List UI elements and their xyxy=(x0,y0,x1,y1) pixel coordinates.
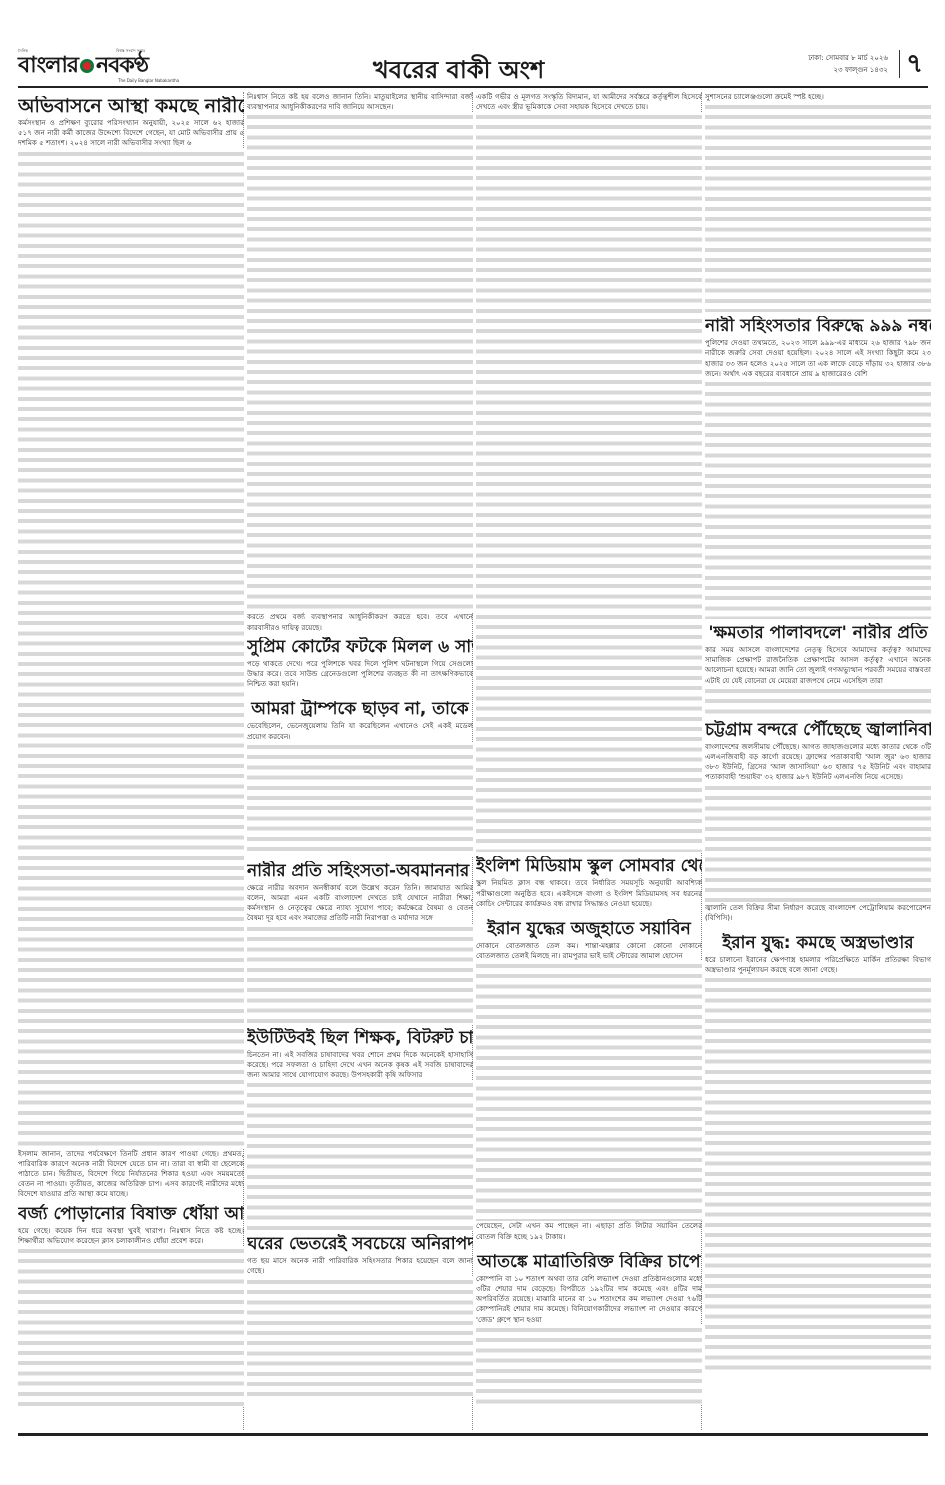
article-body: একটি গভীর ও মূলগত সংস্কৃতি বিদ্যমান, যা … xyxy=(476,92,702,112)
column-3: একটি গভীর ও মূলগত সংস্কৃতি বিদ্যমান, যা … xyxy=(476,92,702,1430)
page-number: ৭ xyxy=(899,50,923,78)
logo-word-2: নবকণ্ঠ xyxy=(96,53,148,78)
article-headline[interactable]: সুপ্রিম কোর্টের ফটকে মিলল ৬ সাউন্ড xyxy=(247,637,473,657)
newspaper-logo[interactable]: দৈনিক বিশ্বস্ত সংবাদ সবার বাংলারনবকণ্ঠ T… xyxy=(18,50,218,84)
article-text-block xyxy=(705,975,931,1375)
logo-word-1: বাংলার xyxy=(18,53,78,78)
article-headline[interactable]: 'ক্ষমতার পালাবদলে' নারীর প্রতি xyxy=(705,623,931,643)
article-body: ভেবেছিলেন, ভেনেজুয়েলায় তিনি যা করেছিলে… xyxy=(247,721,473,741)
article-text-block xyxy=(247,1080,473,1230)
article-headline[interactable]: আতঙ্কে মাত্রাতিরিক্ত বিক্রির চাপে xyxy=(476,1252,702,1272)
article-text-block xyxy=(476,961,702,1221)
column-4: সুশাসনের চ্যালেঞ্জগুলো ক্রমেই স্পষ্ট হচ্… xyxy=(705,92,931,1430)
footer-rule xyxy=(18,1433,928,1436)
article-body: নিঃশ্বাস নিতে কষ্ট হয় বলেও জানান তিনি। … xyxy=(247,92,473,112)
article-headline[interactable]: অভিবাসনে আস্থা কমছে নারীদের xyxy=(18,96,244,116)
article-body: ক্ষেত্রে নারীর অবদান অনস্বীকার্য বলে উল্… xyxy=(247,883,473,924)
article-text-block xyxy=(705,379,931,619)
article-text-block xyxy=(247,924,473,1024)
article-headline[interactable]: চট্টগ্রাম বন্দরে পৌঁছেছে জ্বালানিবাহী xyxy=(705,720,931,740)
article-body: দোকানে বোতলজাত তেল কম। শান্তা-মহল্লার কো… xyxy=(476,941,702,961)
article-body: ধরে চালানো ইরানের ক্ষেপণাস্ত্র হামলার পর… xyxy=(705,955,931,975)
article-text-block xyxy=(705,686,931,716)
article-text-block xyxy=(705,102,931,312)
logo-english-name: The Daily Banglar Nabakantha xyxy=(118,78,179,83)
article-headline[interactable]: ঘরের ভেতরেই সবচেয়ে অনিরাপদ xyxy=(247,1234,473,1254)
article-body-closing: ইসলাম জানান, তাদের পর্যবেক্ষণে তিনটি প্র… xyxy=(18,1149,244,1200)
article-headline[interactable]: ইংলিশ মিডিয়াম স্কুল সোমবার থেকে xyxy=(476,856,702,876)
dateline: ঢাকা: সোমবার ৮ মার্চ ২০২৬ ২৩ ফাল্গুন ১৪৩… xyxy=(808,52,888,76)
article-text-block xyxy=(247,112,473,612)
article-body-closing: পেয়েছেন, সেটা এখন কম পাচ্ছেন না। এছাড়া… xyxy=(476,1221,702,1241)
article-headline[interactable]: ইউটিউবই ছিল শিক্ষক, বিটরুট চাষে xyxy=(247,1028,473,1048)
date-bengali: ২৩ ফাল্গুন ১৪৩২ xyxy=(808,64,888,76)
flag-dot-icon xyxy=(80,59,94,73)
article-headline[interactable]: আমরা ট্রাম্পকে ছাড়ব না, তাকে xyxy=(247,699,473,719)
article-body: স্কুল নিয়মিত ক্লাস বন্ধ থাকবে। তবে নির্… xyxy=(476,878,702,909)
article-headline[interactable]: নারীর প্রতি সহিংসতা-অবমাননার বিরুদ্ধে xyxy=(247,861,473,881)
article-body: সুশাসনের চ্যালেঞ্জগুলো ক্রমেই স্পষ্ট হচ্… xyxy=(705,92,931,102)
article-body: কোম্পানি বা ১০ শতাংশ অথবা তার বেশি লভ্যা… xyxy=(476,1274,702,1325)
article-text-block xyxy=(476,1325,702,1405)
column-2: নিঃশ্বাস নিতে কষ্ট হয় বলেও জানান তিনি। … xyxy=(247,92,473,1430)
article-text-block xyxy=(18,1246,244,1406)
article-text-block xyxy=(247,1277,473,1397)
article-headline[interactable]: ইরান যুদ্ধ: কমছে অস্ত্রভাণ্ডার xyxy=(705,933,931,953)
column-1: অভিবাসনে আস্থা কমছে নারীদের কর্মসংস্থান … xyxy=(18,92,244,1430)
article-body: পুলিশের দেওয়া তথ্যমতে, ২০২৩ সালে ৯৯৯-এর… xyxy=(705,338,931,379)
article-text-block xyxy=(705,783,931,903)
article-body: বাংলাদেশের জলসীমায় পৌঁছেছে। আগত জাহাজগু… xyxy=(705,742,931,783)
masthead: দৈনিক বিশ্বস্ত সংবাদ সবার বাংলারনবকণ্ঠ T… xyxy=(18,50,928,84)
article-body: কার সময় আসলে বাংলাদেশের নেতৃত্ব হিসেবে … xyxy=(705,645,931,686)
article-headline[interactable]: ইরান যুদ্ধের অজুহাতে সয়াবিন xyxy=(476,919,702,939)
article-body: গত ছয় মাসে অনেক নারী পারিবারিক সহিংসতার… xyxy=(247,1256,473,1276)
article-body: পড়ে থাকতে দেখে। পরে পুলিশকে খবর দিলে পু… xyxy=(247,659,473,690)
article-body: কর্মসংস্থান ও প্রশিক্ষণ ব্যুরোর পরিসংখ্য… xyxy=(18,118,244,149)
article-headline[interactable]: বর্জ্য পোড়ানোর বিষাক্ত ধোঁয়া আর xyxy=(18,1204,244,1224)
article-text-block xyxy=(247,742,473,857)
article-text-block xyxy=(18,149,244,1149)
article-body-closing: জ্বালানি তেল বিক্রির সীমা নির্ধারণ করেছে… xyxy=(705,903,931,923)
article-text-block xyxy=(476,112,702,852)
article-headline[interactable]: নারী সহিংসতার বিরুদ্ধে ৯৯৯ নম্বরে xyxy=(705,316,931,336)
article-body: চিনতেন না। এই সবজির চাষাবাদের খবর শোনে প… xyxy=(247,1050,473,1081)
article-body-closing: করতে প্রথমে বর্জ্য ব্যবস্থাপনার আধুনিকীক… xyxy=(247,612,473,632)
header-rule xyxy=(18,86,928,88)
date-gregorian: ঢাকা: সোমবার ৮ মার্চ ২০২৬ xyxy=(808,52,888,64)
article-body: হয়ে গেছে। কয়েক দিন ধরে অবস্থা খুবই খার… xyxy=(18,1226,244,1246)
